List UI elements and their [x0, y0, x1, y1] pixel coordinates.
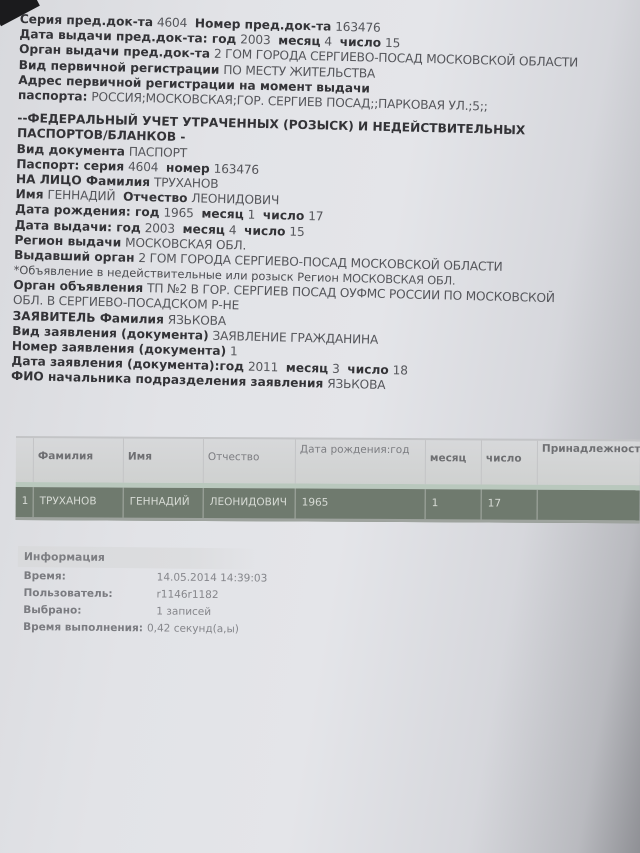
table-header: Фамилия Имя Отчество Дата рождения:год м…: [16, 436, 640, 490]
info-title: Информация: [18, 546, 260, 570]
col-month[interactable]: месяц: [426, 440, 482, 484]
cell-surname: ТРУХАНОВ: [34, 487, 124, 517]
table-row[interactable]: 1 ТРУХАНОВ ГЕННАДИЙ ЛЕОНИДОВИЧ 1965 1 17: [16, 487, 640, 523]
cell-month: 1: [426, 489, 482, 519]
col-surname[interactable]: Фамилия: [34, 438, 124, 482]
document-body: Серия пред.док-та 4604 Номер пред.док-та…: [11, 12, 620, 399]
col-name[interactable]: Имя: [124, 439, 204, 483]
info-user-row: Пользователь: r1146r1182: [17, 585, 317, 604]
info-panel: Информация Время: 14.05.2014 14:39:03 По…: [17, 546, 318, 638]
cell-day: 17: [482, 489, 538, 519]
cell-index: 1: [16, 487, 34, 517]
info-time-row: Время: 14.05.2014 14:39:03: [18, 568, 318, 587]
info-selected-row: Выбрано: 1 записей: [17, 602, 317, 621]
info-exec-row: Время выполнения: 0,42 секунд(а,ы): [17, 619, 317, 638]
col-index[interactable]: [16, 438, 34, 482]
cell-affiliation: [538, 490, 640, 521]
results-table: Фамилия Имя Отчество Дата рождения:год м…: [16, 436, 640, 523]
cell-name: ГЕННАДИЙ: [124, 488, 204, 518]
col-birth-year[interactable]: Дата рождения:год: [296, 439, 426, 484]
col-affiliation[interactable]: Принадлежность: [538, 441, 640, 486]
cell-patronymic: ЛЕОНИДОВИЧ: [204, 488, 296, 518]
col-day[interactable]: число: [482, 440, 538, 484]
col-patronymic[interactable]: Отчество: [204, 439, 296, 483]
cell-birth-year: 1965: [296, 488, 426, 519]
